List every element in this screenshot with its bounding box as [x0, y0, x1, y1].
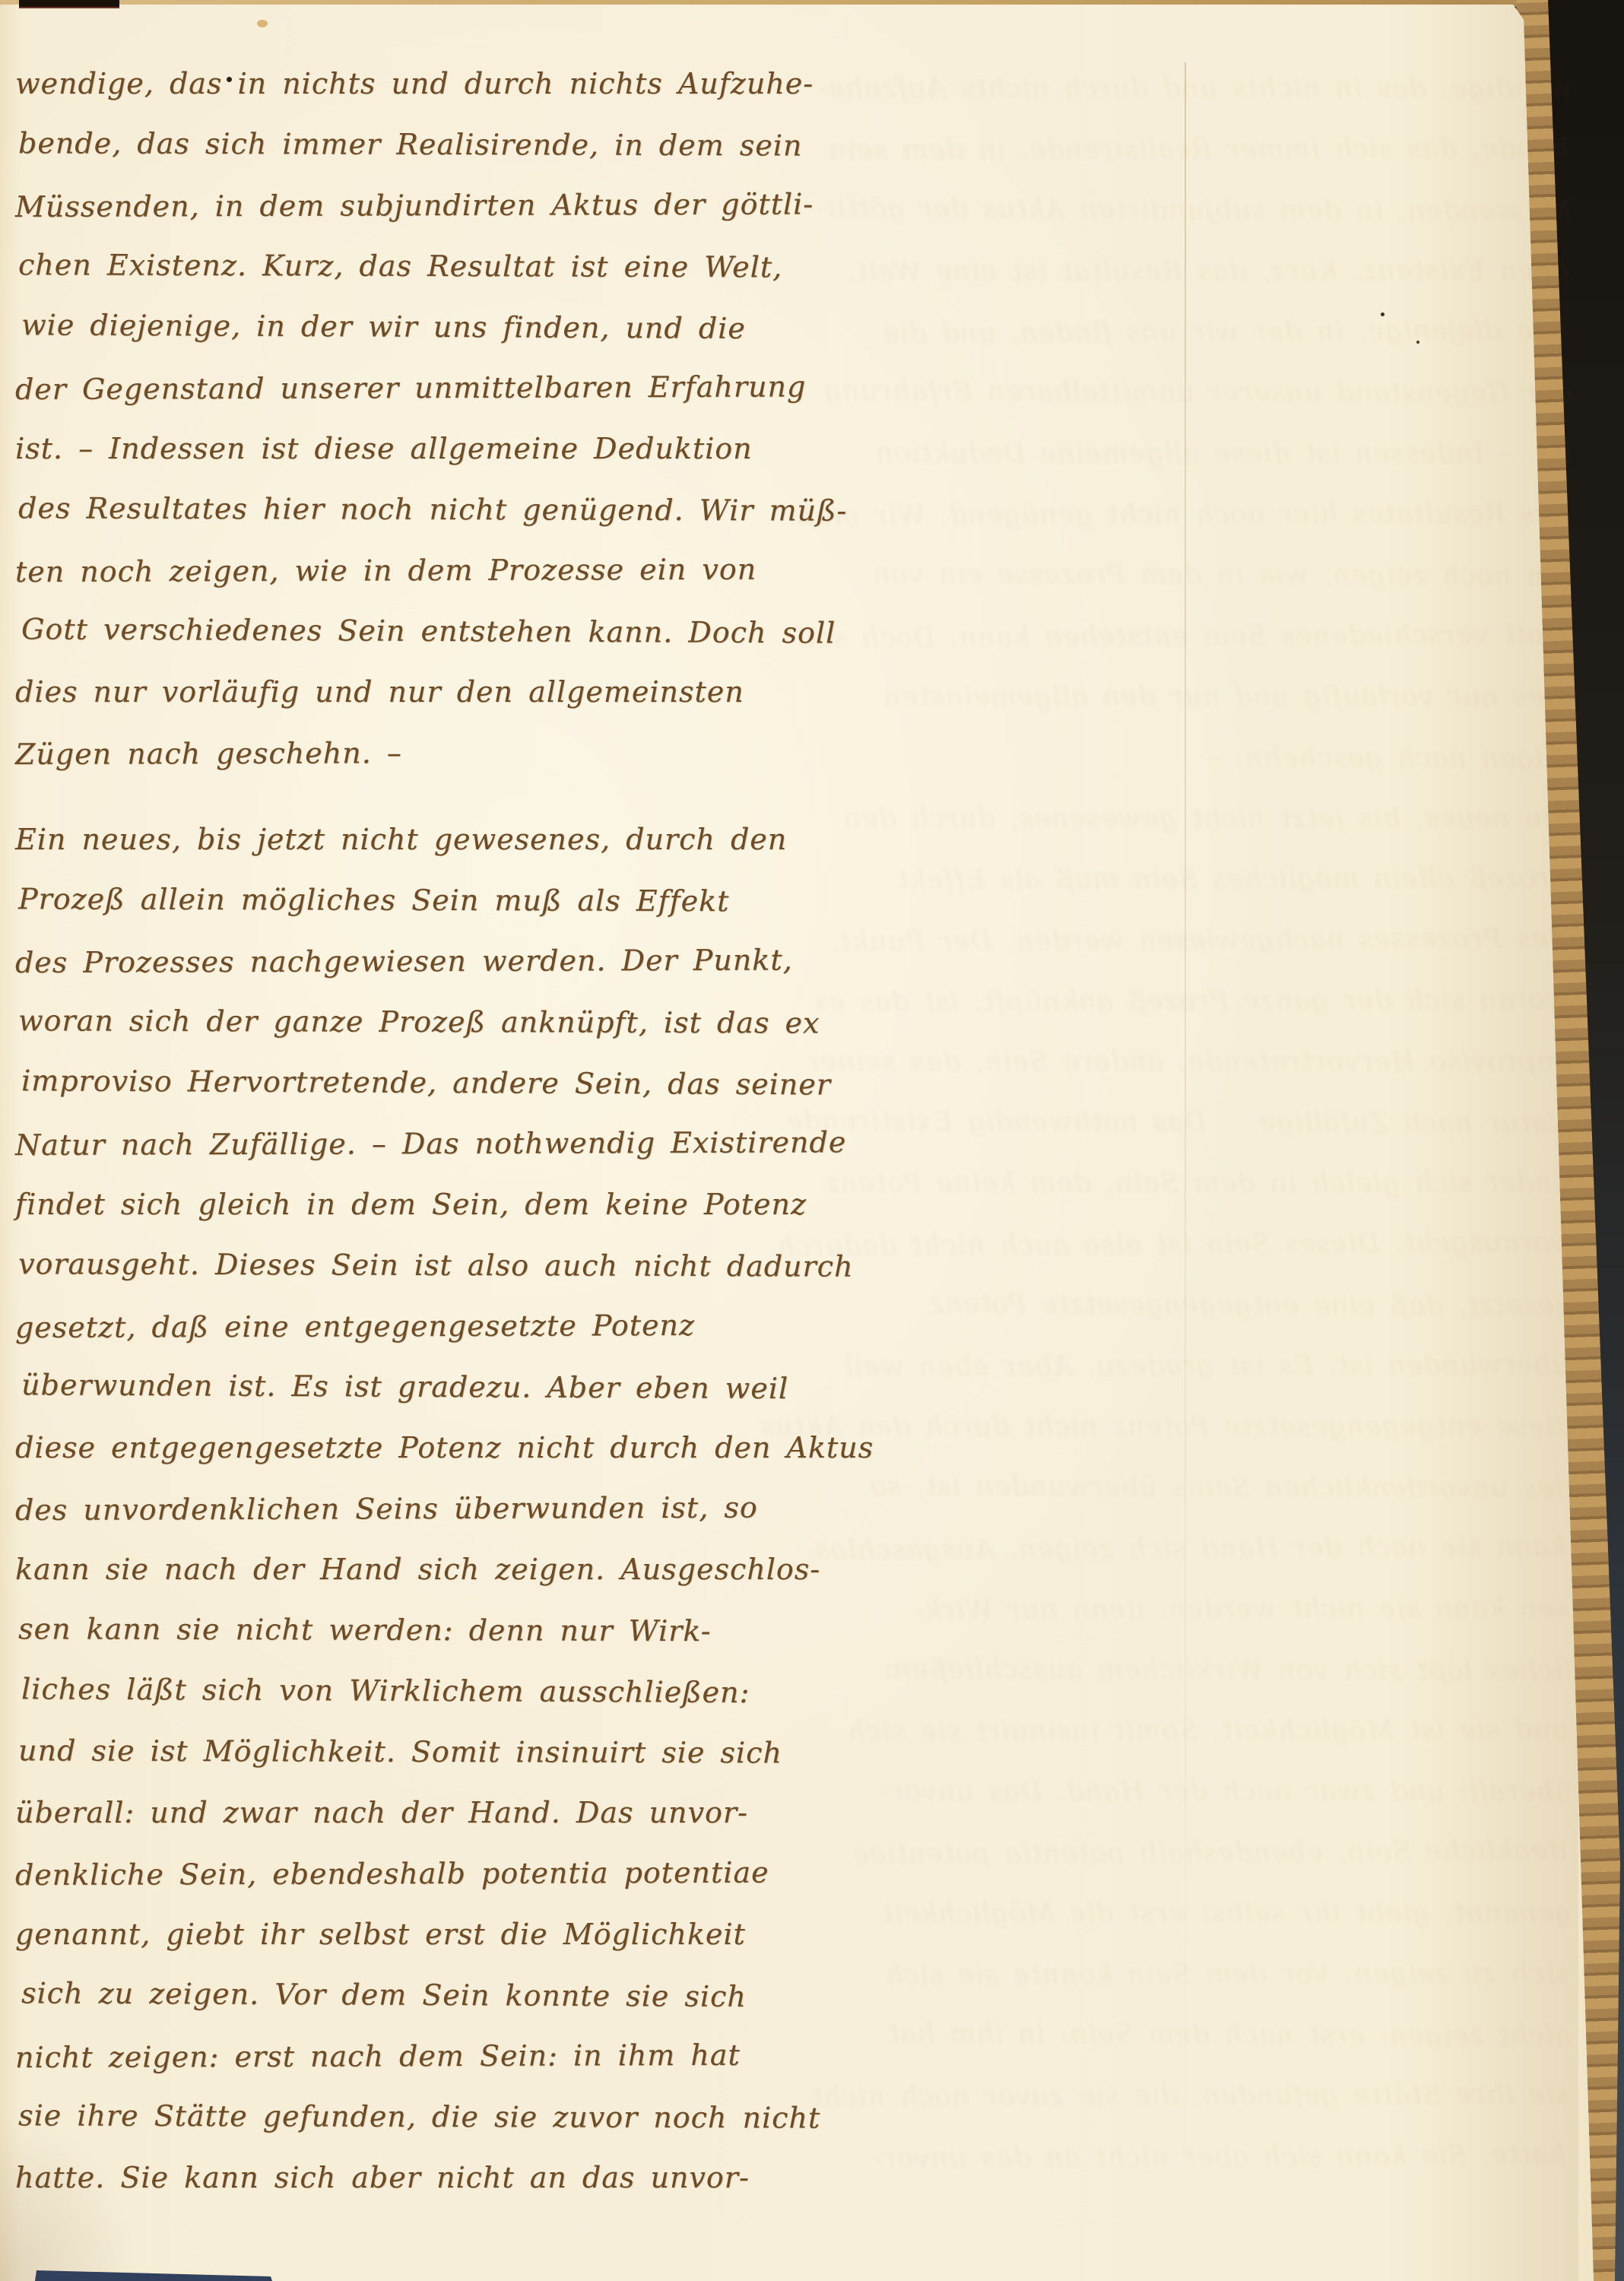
bleedthrough-line: woran sich der ganze Prozeß anknüpft, is…	[885, 985, 1569, 1048]
manuscript-line: Zügen nach geschehn. –	[15, 734, 890, 798]
manuscript-line: bende, das sich immer Realisirende, in d…	[18, 126, 893, 190]
bleedthrough-line: diese entgegengesetzte Potenz nicht durc…	[888, 1411, 1572, 1472]
manuscript-line: nicht zeigen: erst nach dem Sein: in ihm…	[15, 2038, 890, 2102]
manuscript-line: des Resultates hier noch nicht genügend.…	[18, 491, 893, 555]
bleedthrough-line: dies nur vorläufig und nur den allgemein…	[888, 681, 1572, 742]
bleedthrough-line: Ein neues, bis jetzt nicht gewesenes, du…	[888, 803, 1572, 864]
manuscript-line: Ein neues, bis jetzt nicht gewesenes, du…	[15, 823, 890, 884]
manuscript-line: findet sich gleich in dem Sein, dem kein…	[15, 1188, 890, 1248]
bleedthrough-line: Prozeß allein mögliches Sein muß als Eff…	[885, 863, 1569, 926]
manuscript-line: sie ihre Stätte gefunden, die sie zuvor …	[18, 2099, 893, 2162]
bleedthrough-line: ist. – Indessen ist diese allgemeine Ded…	[888, 438, 1572, 499]
manuscript-line: Müssenden, in dem subjundirten Aktus der…	[15, 187, 890, 251]
bleedthrough-line: des Resultates hier noch nicht genügend.…	[885, 498, 1569, 561]
bleedthrough-line: überwunden ist. Es ist gradezu. Aber ebe…	[885, 1350, 1569, 1413]
manuscript-line: sen kann sie nicht werden: denn nur Wirk…	[18, 1612, 893, 1676]
bleedthrough-line: vorausgeht. Dieses Sein ist also auch ni…	[882, 1227, 1566, 1291]
manuscript-line: genannt, giebt ihr selbst erst die Mögli…	[15, 1918, 890, 1978]
bleedthrough-line: genannt, giebt ihr selbst erst die Mögli…	[888, 1898, 1572, 1959]
manuscript-line: der Gegenstand unserer unmittelbaren Erf…	[15, 370, 890, 433]
bleedthrough-line: Natur nach Zufällige. – Das nothwendig E…	[888, 1106, 1572, 1169]
foxing-stain	[257, 20, 268, 27]
manuscript-line: überall: und zwar nach der Hand. Das unv…	[15, 1796, 890, 1857]
manuscript-line: chen Existenz. Kurz, das Resultat ist ei…	[18, 248, 893, 312]
bleedthrough-line: überall: und zwar nach der Hand. Das unv…	[888, 1776, 1572, 1837]
bleedthrough-line: und sie ist Möglichkeit. Somit insinuirt…	[885, 1715, 1569, 1778]
bleedthrough-line: der Gegenstand unserer unmittelbaren Erf…	[888, 376, 1572, 439]
manuscript-line: des unvordenklichen Seins überwunden ist…	[15, 1490, 890, 1554]
manuscript-line: hatte. Sie kann sich aber nicht an das u…	[15, 2161, 890, 2222]
bleedthrough-line: liches läßt sich von Wirklichem ausschli…	[888, 1653, 1572, 1716]
bleedthrough-line: sich zu zeigen. Vor dem Sein konnte sie …	[885, 1958, 1569, 2021]
bleedthrough-line: nicht zeigen: erst nach dem Sein: in ihm…	[888, 2018, 1572, 2081]
paragraph: wendige, das in nichts und durch nichts …	[15, 67, 890, 797]
manuscript-line: ten noch zeigen, wie in dem Prozesse ein…	[15, 552, 890, 616]
manuscript-line: wie diejenige, in der wir uns finden, un…	[21, 308, 896, 373]
bleedthrough-line: sie ihre Stätte gefunden, die sie zuvor …	[885, 2080, 1569, 2143]
manuscript-line: und sie ist Möglichkeit. Somit insinuirt…	[18, 1734, 893, 1797]
manuscript-line: vorausgeht. Dieses Sein ist also auch ni…	[18, 1247, 893, 1311]
bleedthrough-line: wendige, das in nichts und durch nichts …	[888, 73, 1572, 134]
manuscript-line: Natur nach Zufällige. – Das nothwendig E…	[15, 1125, 890, 1189]
binding-shadow-top-left	[19, 0, 119, 8]
bleedthrough-line: kann sie nach der Hand sich zeigen. Ausg…	[882, 1531, 1566, 1595]
bleedthrough-line: gesetzt, daß eine entgegengesetzte Poten…	[888, 1288, 1572, 1351]
manuscript-line: überwunden ist. Es ist gradezu. Aber ebe…	[21, 1368, 896, 1433]
bleedthrough-line: des Prozesses nachgewiesen werden. Der P…	[882, 923, 1566, 987]
manuscript-line: diese entgegengesetzte Potenz nicht durc…	[15, 1431, 890, 1492]
manuscript-text: wendige, das in nichts und durch nichts …	[15, 67, 890, 2222]
manuscript-line: improviso Hervortretende, andere Sein, d…	[21, 1064, 896, 1129]
bleedthrough-line: denkliche Sein, ebendeshalb potentia pot…	[882, 1835, 1566, 1899]
manuscript-line: liches läßt sich von Wirklichem ausschli…	[21, 1672, 896, 1737]
bleedthrough-line: Müssenden, in dem subjundirten Aktus der…	[888, 193, 1572, 256]
manuscript-line: Prozeß allein mögliches Sein muß als Eff…	[18, 882, 893, 946]
manuscript-line: kann sie nach der Hand sich zeigen. Ausg…	[15, 1553, 890, 1613]
manuscript-line: gesetzt, daß eine entgegengesetzte Poten…	[15, 1308, 890, 1372]
manuscript-line: woran sich der ganze Prozeß anknüpft, is…	[18, 1004, 893, 1068]
bleedthrough-line: sen kann sie nicht werden: denn nur Wirk…	[885, 1593, 1569, 1656]
bleedthrough-line: ten noch zeigen, wie in dem Prozesse ein…	[888, 558, 1572, 621]
bleedthrough-line: improviso Hervortretende, andere Sein, d…	[888, 1046, 1572, 1107]
bleedthrough-line: Zügen nach geschehn. –	[888, 741, 1572, 804]
paper-crease-line	[1185, 62, 1186, 2237]
manuscript-line: sich zu zeigen. Vor dem Sein konnte sie …	[21, 1976, 896, 2041]
bleedthrough-line: des unvordenklichen Seins überwunden ist…	[888, 1470, 1572, 1534]
manuscript-scan: wendige, das in nichts und durch nichts …	[0, 0, 1624, 2281]
paragraph: Ein neues, bis jetzt nicht gewesenes, du…	[15, 823, 890, 2222]
manuscript-line: wendige, das in nichts und durch nichts …	[15, 67, 890, 128]
manuscript-line: ist. – Indessen ist diese allgemeine Ded…	[15, 432, 890, 493]
manuscript-line: des Prozesses nachgewiesen werden. Der P…	[15, 943, 890, 1007]
bleedthrough-line: wie diejenige, in der wir uns finden, un…	[882, 315, 1566, 379]
manuscript-line: dies nur vorläufig und nur den allgemein…	[15, 675, 890, 736]
bleedthrough-text: wendige, das in nichts und durch nichts …	[888, 73, 1572, 2202]
bleedthrough-line: bende, das sich immer Realisirende, in d…	[885, 133, 1569, 196]
bleedthrough-line: hatte. Sie kann sich aber nicht an das u…	[882, 2140, 1566, 2203]
bleedthrough-line: findet sich gleich in dem Sein, dem kein…	[888, 1168, 1572, 1229]
manuscript-line: Gott verschiedenes Sein entstehen kann. …	[21, 612, 896, 677]
bleedthrough-line: Gott verschiedenes Sein entstehen kann. …	[882, 619, 1566, 683]
bleedthrough-line: chen Existenz. Kurz, das Resultat ist ei…	[885, 255, 1569, 318]
manuscript-line: denkliche Sein, ebendeshalb potentia pot…	[15, 1855, 890, 1919]
